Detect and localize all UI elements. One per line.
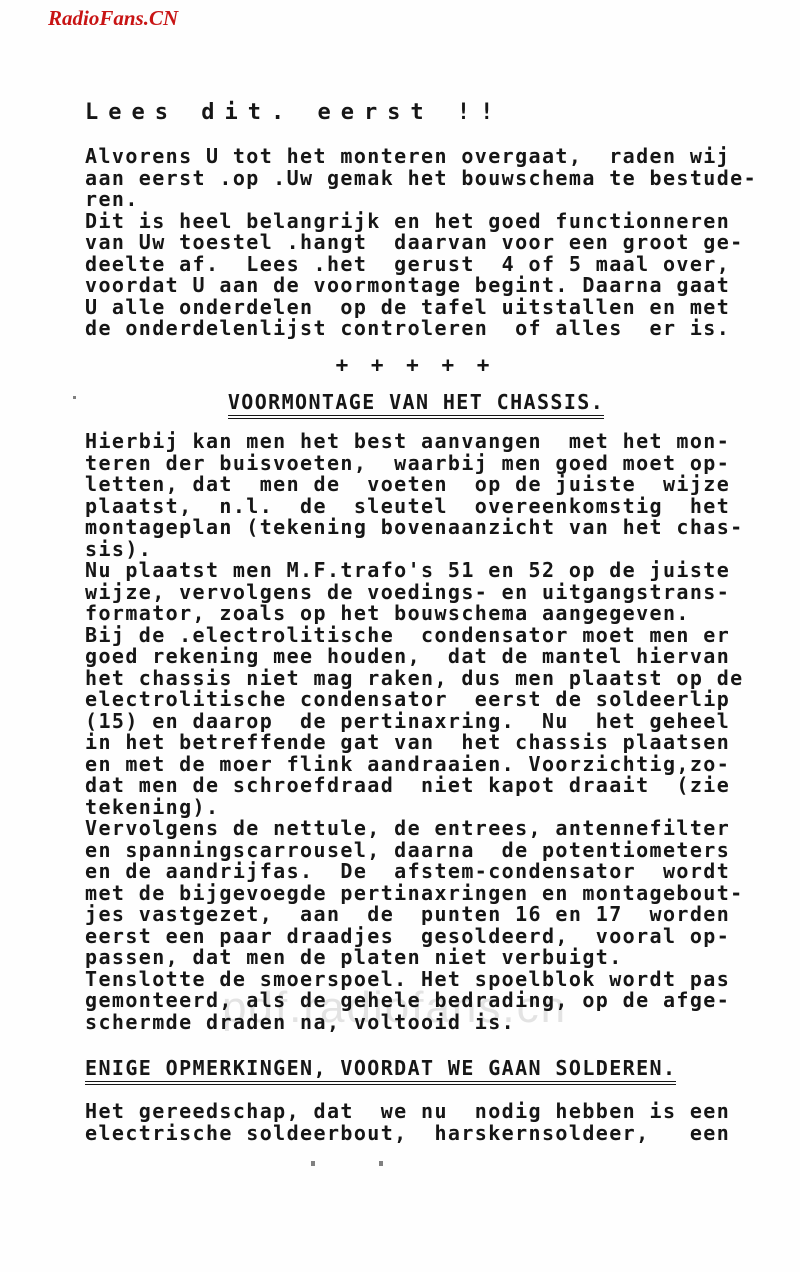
section-heading-opmerkingen-text: ENIGE OPMERKINGEN, VOORDAT WE GAAN SOLDE… (85, 1056, 676, 1085)
document-page: pdf.radiofans.cn RadioFans.CN Lees dit. … (0, 0, 800, 1272)
scan-speck (73, 396, 76, 399)
opmerkingen-body: Het gereedschap, dat we nu nodig hebben … (85, 1101, 765, 1144)
radiofans-brand: RadioFans.CN (48, 6, 178, 31)
section-separator: + + + + + (85, 353, 745, 377)
intro-paragraph: Alvorens U tot het monteren overgaat, ra… (85, 146, 765, 340)
voormontage-body: Hierbij kan men het best aanvangen met h… (85, 431, 765, 1033)
document-title: Lees dit. eerst !! (85, 100, 503, 125)
scan-speck (379, 1161, 383, 1166)
scan-speck (311, 1161, 315, 1166)
section-heading-opmerkingen: ENIGE OPMERKINGEN, VOORDAT WE GAAN SOLDE… (85, 1056, 747, 1085)
section-heading-voormontage: VOORMONTAGE VAN HET CHASSIS. (85, 390, 747, 419)
section-heading-voormontage-text: VOORMONTAGE VAN HET CHASSIS. (228, 390, 604, 419)
